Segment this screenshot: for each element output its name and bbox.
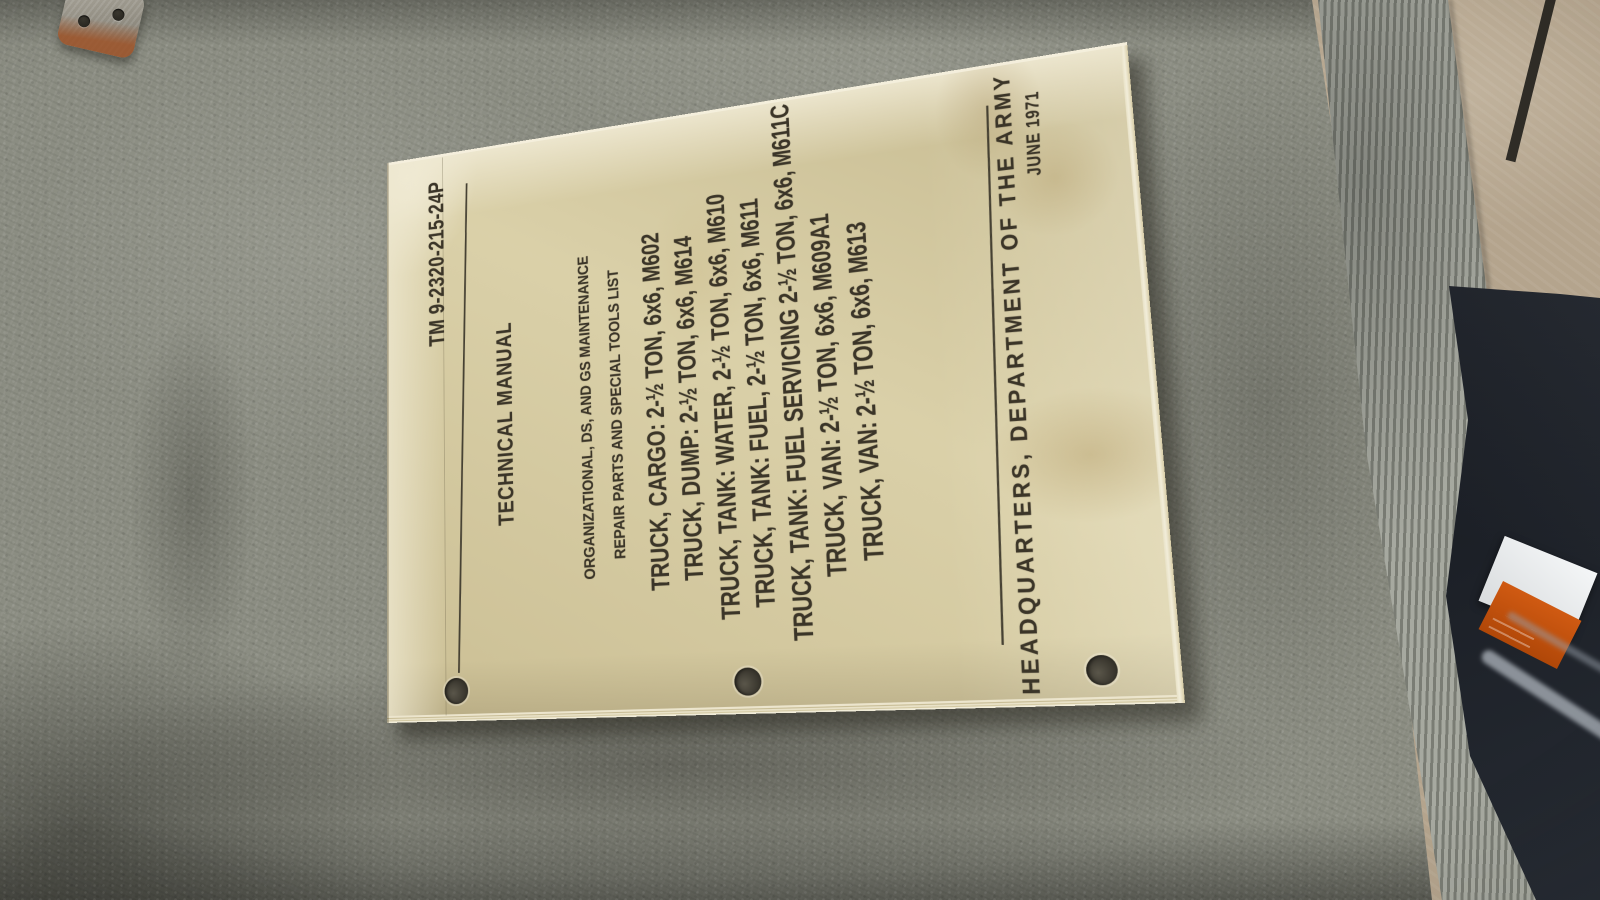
grout-line — [1506, 0, 1558, 162]
subtitle-line: REPAIR PARTS AND SPECIAL TOOLS LIST — [603, 153, 634, 686]
subtitle-line: ORGANIZATIONAL, DS, AND GS MAINTENANCE — [574, 158, 603, 687]
tag-hole — [77, 14, 91, 28]
spine-edge — [387, 163, 389, 723]
header-rule — [458, 183, 467, 673]
issue-date: JUNE 1971 — [1021, 90, 1046, 177]
punch-hole — [445, 678, 469, 705]
punch-hole — [1085, 654, 1119, 685]
manual-cover: TM 9-2320-215-24P TECHNICAL MANUAL ORGAN… — [387, 42, 1185, 723]
bag-highlight — [1479, 648, 1600, 747]
punch-hole — [734, 667, 762, 696]
tm-number: TM 9-2320-215-24P — [424, 180, 450, 348]
document-type-label: TECHNICAL MANUAL — [491, 197, 522, 660]
tag-hole — [111, 8, 125, 22]
photo-scene: TM 9-2320-215-24P TECHNICAL MANUAL ORGAN… — [0, 0, 1600, 900]
